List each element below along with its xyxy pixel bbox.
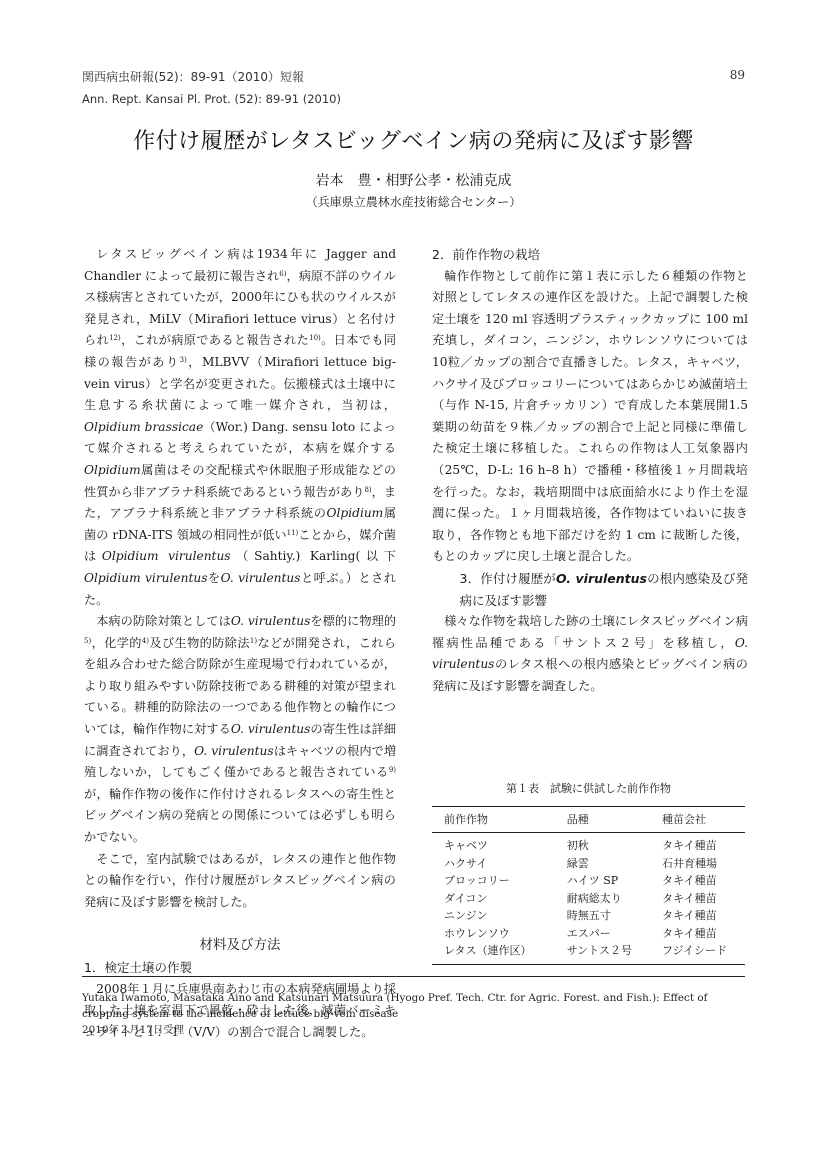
table-row: ブロッコリーハイツ SPタキイ種苗 — [432, 872, 745, 890]
species-name: O. virulentus — [231, 722, 311, 736]
right-column: 2．前作作物の栽培 輪作作物として前作に第１表に示した６種類の作物と対照としてレ… — [432, 244, 748, 697]
left-column: レタスビッグベイン病は1934年に Jagger and Chandler によ… — [84, 244, 396, 1043]
crop-table: 前作作物 品種 種苗会社 キャベツ初秋タキイ種苗 ハクサイ緑雲石井育種場 ブロッ… — [432, 806, 745, 965]
table-row: ハクサイ緑雲石井育種場 — [432, 855, 745, 873]
english-citation: Yutaka Iwamoto, Masataka Aino and Katsun… — [82, 990, 752, 1022]
table-header-row: 前作作物 品種 種苗会社 — [432, 807, 745, 833]
section-3-text: 様々な作物を栽培した跡の土壌にレタスビッグベイン病罹病性品種である「サントス２号… — [432, 611, 748, 697]
citation: 1) — [250, 637, 257, 645]
citation: 8) — [364, 486, 371, 494]
citation: 4) — [142, 637, 149, 645]
methods-heading: 材料及び方法 — [84, 935, 396, 957]
species-name: O. virulentus — [556, 571, 647, 586]
authors: 岩本 豊・相野公孝・松浦克成 — [0, 170, 827, 190]
species-name: Olpidium — [84, 463, 141, 477]
received-date: 2010年２月17日受理 — [82, 1022, 752, 1038]
column-header: 前作作物 — [432, 807, 555, 833]
section-2-text: 輪作作物として前作に第１表に示した６種類の作物と対照としてレタスの連作区を設けた… — [432, 266, 748, 568]
column-header: 種苗会社 — [650, 807, 745, 833]
table-row: ホウレンソウエスパータキイ種苗 — [432, 925, 745, 943]
intro-paragraph-2: 本病の防除対策としてはO. virulentusを標的に物理的5)，化学的4)及… — [84, 611, 396, 849]
species-name: Olpidium brassicae — [84, 420, 203, 434]
citation: 3) — [180, 356, 187, 364]
citation: 11) — [287, 529, 299, 537]
species-name: Olpidium virulentus — [102, 549, 231, 563]
table-row: ニンジン時無五寸タキイ種苗 — [432, 907, 745, 925]
section-2-heading: 2．前作作物の栽培 — [432, 244, 748, 266]
footer-divider — [82, 976, 745, 977]
species-name: Olpidium virulentus — [84, 571, 207, 585]
affiliation: （兵庫県立農林水産技術総合センター） — [0, 193, 827, 210]
table-row: レタス（連作区）サントス２号フジイシード — [432, 942, 745, 964]
citation: 12) — [109, 334, 121, 342]
species-name: O. virulentus — [194, 744, 274, 758]
section-3-heading: 3．作付け履歴がO. virulentusの根内感染及び発病に及ぼす影響 — [432, 568, 748, 611]
species-name: O. virulentus — [221, 571, 301, 585]
table-caption: 第１表 試験に供試した前作作物 — [432, 780, 745, 796]
intro-paragraph-1: レタスビッグベイン病は1934年に Jagger and Chandler によ… — [84, 244, 396, 611]
table-row: キャベツ初秋タキイ種苗 — [432, 833, 745, 855]
citation: 5) — [84, 637, 91, 645]
column-header: 品種 — [555, 807, 650, 833]
paper-title: 作付け履歴がレタスビッグベイン病の発病に及ぼす影響 — [0, 124, 827, 155]
journal-header-ja: 関西病虫研報(52)：89-91（2010）短報 — [82, 68, 304, 85]
intro-paragraph-3: そこで，室内試験ではあるが，レタスの連作と他作物との輪作を行い，作付け履歴がレタ… — [84, 849, 396, 914]
table-row: ダイコン耐病総太りタキイ種苗 — [432, 890, 745, 908]
species-name: Olpidium — [327, 506, 384, 520]
table-1: 第１表 試験に供試した前作作物 前作作物 品種 種苗会社 キャベツ初秋タキイ種苗… — [432, 780, 745, 965]
page-number: 89 — [730, 68, 745, 82]
journal-header-en: Ann. Rept. Kansai Pl. Prot. (52): 89-91 … — [82, 92, 341, 106]
citation: 6) — [279, 270, 286, 278]
citation: 9) — [389, 766, 396, 774]
footer: Yutaka Iwamoto, Masataka Aino and Katsun… — [82, 990, 752, 1038]
species-name: O. virulentus — [231, 614, 311, 628]
citation: 10) — [309, 334, 321, 342]
